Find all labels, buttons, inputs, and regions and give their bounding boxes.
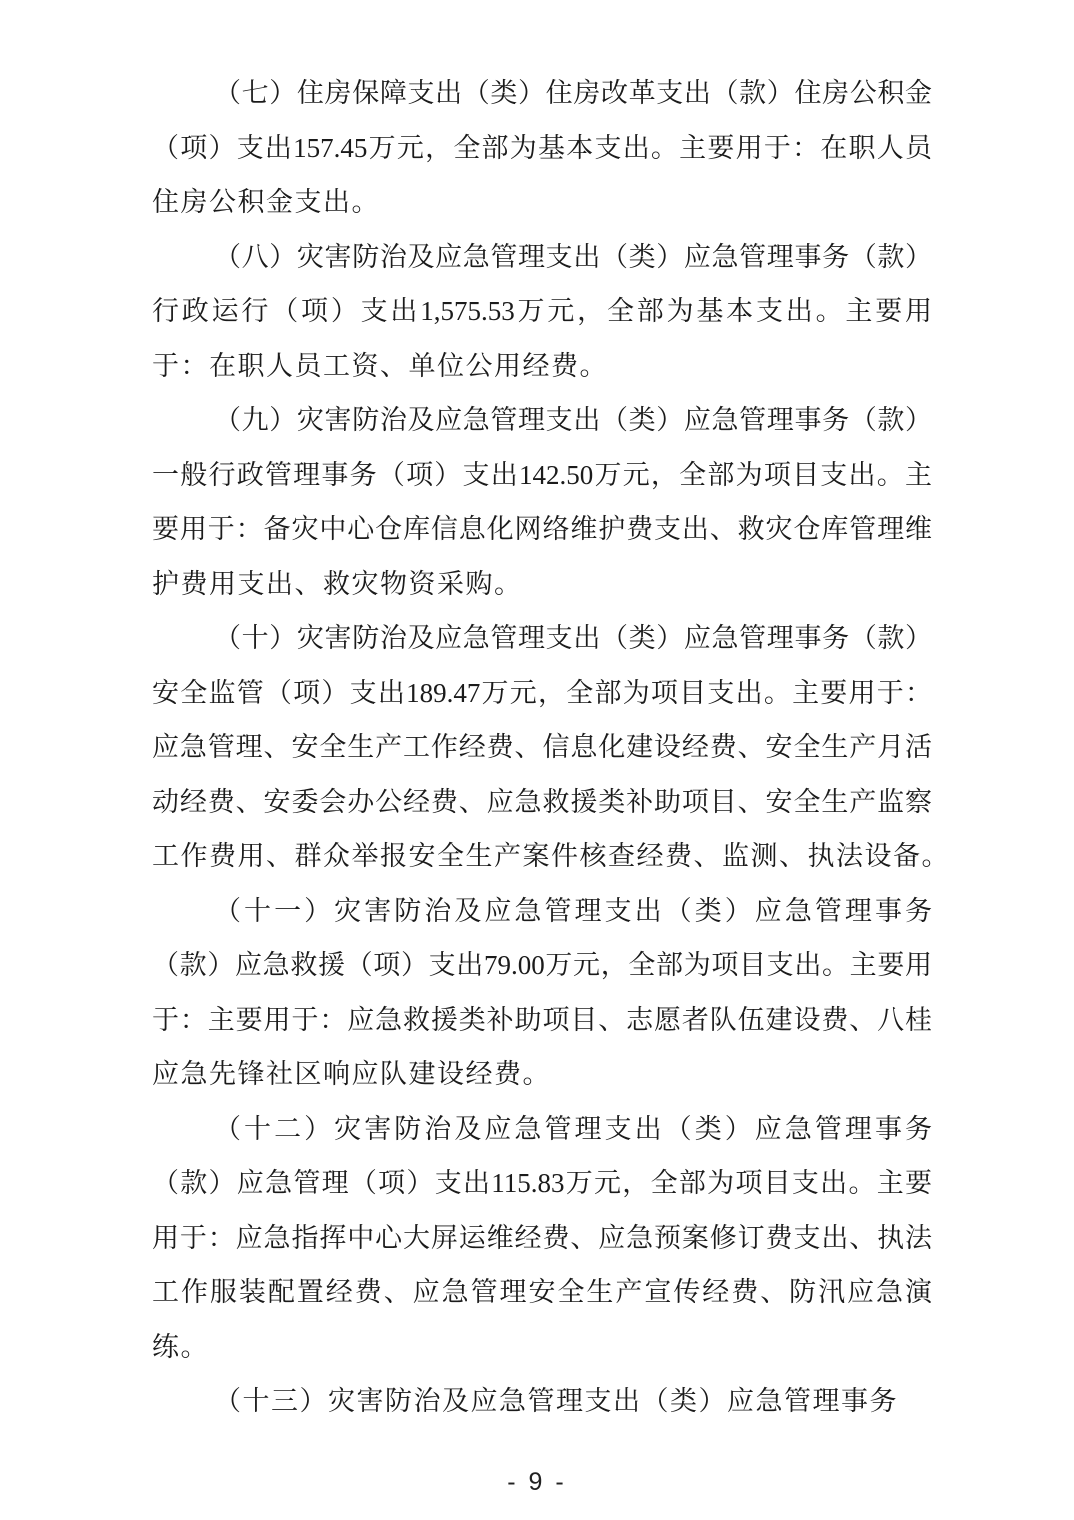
paragraph-item-9-general-admin-affairs: （九）灾害防治及应急管理支出（类）应急管理事务（款）一般行政管理事务（项）支出1… [152,393,932,611]
text-line: （八）灾害防治及应急管理支出（类）应急管理事务（款） [152,230,932,285]
text-line: 要用于：备灾中心仓库信息化网络维护费支出、救灾仓库管理维 [152,502,932,557]
text-line: 用于：应急指挥中心大屏运维经费、应急预案修订费支出、执法 [152,1211,932,1266]
text-line: 安全监管（项）支出189.47万元，全部为项目支出。主要用于： [152,666,932,721]
text-line: （九）灾害防治及应急管理支出（类）应急管理事务（款） [152,393,932,448]
text-line: 练。 [152,1320,932,1375]
text-line: 一般行政管理事务（项）支出142.50万元，全部为项目支出。主 [152,448,932,503]
text-line: 行政运行（项）支出1,575.53万元，全部为基本支出。主要用 [152,284,932,339]
text-line: 于：在职人员工资、单位公用经费。 [152,339,932,394]
text-line: 工作服装配置经费、应急管理安全生产宣传经费、防汛应急演 [152,1265,932,1320]
text-line: （款）应急救援（项）支出79.00万元，全部为项目支出。主要用 [152,938,932,993]
paragraph-item-10-safety-supervision: （十）灾害防治及应急管理支出（类）应急管理事务（款）安全监管（项）支出189.4… [152,611,932,884]
text-line: （十）灾害防治及应急管理支出（类）应急管理事务（款） [152,611,932,666]
paragraph-item-12-emergency-management: （十二）灾害防治及应急管理支出（类）应急管理事务（款）应急管理（项）支出115.… [152,1102,932,1375]
text-line: （款）应急管理（项）支出115.83万元，全部为项目支出。主要 [152,1156,932,1211]
text-line: 住房公积金支出。 [152,175,932,230]
text-line: （项）支出157.45万元，全部为基本支出。主要用于：在职人员 [152,121,932,176]
document-body: （七）住房保障支出（类）住房改革支出（款）住房公积金（项）支出157.45万元，… [152,66,932,1429]
text-line: 动经费、安委会办公经费、应急救援类补助项目、安全生产监察 [152,775,932,830]
text-line: （十二）灾害防治及应急管理支出（类）应急管理事务 [152,1102,932,1157]
text-line: 护费用支出、救灾物资采购。 [152,557,932,612]
paragraph-item-7-housing-security: （七）住房保障支出（类）住房改革支出（款）住房公积金（项）支出157.45万元，… [152,66,932,230]
text-line: 于：主要用于：应急救援类补助项目、志愿者队伍建设费、八桂 [152,993,932,1048]
paragraph-item-8-administrative-operation: （八）灾害防治及应急管理支出（类）应急管理事务（款）行政运行（项）支出1,575… [152,230,932,394]
text-line: （十三）灾害防治及应急管理支出（类）应急管理事务 [152,1374,932,1429]
text-line: 应急管理、安全生产工作经费、信息化建设经费、安全生产月活 [152,720,932,775]
page-number: - 9 - [0,1468,1074,1497]
text-line: （十一）灾害防治及应急管理支出（类）应急管理事务 [152,884,932,939]
text-line: 工作费用、群众举报安全生产案件核查经费、监测、执法设备。 [152,829,932,884]
text-line: 应急先锋社区响应队建设经费。 [152,1047,932,1102]
document-page: （七）住房保障支出（类）住房改革支出（款）住房公积金（项）支出157.45万元，… [0,0,1074,1520]
text-line: （七）住房保障支出（类）住房改革支出（款）住房公积金 [152,66,932,121]
paragraph-item-13-emergency-affairs: （十三）灾害防治及应急管理支出（类）应急管理事务 [152,1374,932,1429]
paragraph-item-11-emergency-rescue: （十一）灾害防治及应急管理支出（类）应急管理事务（款）应急救援（项）支出79.0… [152,884,932,1102]
